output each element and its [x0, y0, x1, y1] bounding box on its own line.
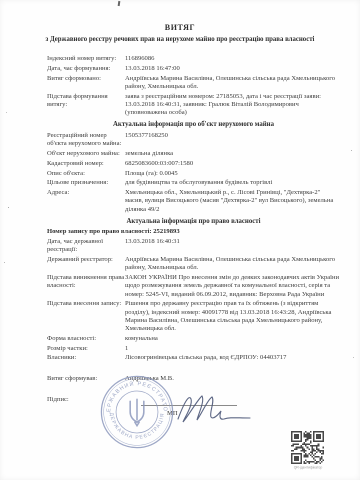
field-value: комунальна	[125, 335, 340, 343]
field-label: Цільове призначення:	[47, 179, 125, 187]
field-label: Кадастровий номер:	[47, 160, 125, 168]
field-value: заява з реєстраційним номером: 27185053,…	[125, 93, 340, 118]
field-row: Об'єкт нерухомого майна: земельна ділянк…	[47, 150, 340, 158]
field-value: ЗАКОН УКРАЇНИ Про внесення змін до деяки…	[125, 274, 340, 299]
field-row: Кадастровий номер: 6825083600:03:007:158…	[47, 160, 340, 168]
field-row: Дата, час формування: 13.03.2018 16:47:0…	[47, 65, 340, 73]
field-row: Індексний номер витягу: 116896086	[47, 55, 340, 63]
formed-by-row: Витяг сформував: Андріївська М.В.	[47, 375, 340, 383]
field-row: Цільове призначення: для будівництва та …	[47, 179, 340, 187]
field-value: земельна ділянка	[125, 150, 340, 158]
field-label: Підстава внесення запису:	[47, 300, 125, 333]
field-value: Лісовогринівецька сільська рада, код ЄДР…	[125, 354, 340, 362]
field-value: Андріївська М.В.	[125, 375, 340, 383]
field-label: Підстава виникнення права власності:	[47, 274, 125, 299]
field-label: Дата, час формування:	[47, 65, 125, 73]
field-row: Адреса: Хмельницька обл., Хмельницький р…	[47, 189, 340, 214]
document-body: Індексний номер витягу: 116896086 Дата, …	[47, 55, 340, 420]
field-value: Андріївська Марина Василівна, Олешинська…	[125, 256, 340, 272]
field-label: Опис об'єкта:	[47, 170, 125, 178]
field-label: Витяг сформовано:	[47, 75, 125, 91]
ownership-record-number: Номер запису про право власності: 252198…	[47, 228, 340, 236]
field-row: Власники: Лісовогринівецька сільська рад…	[47, 354, 340, 362]
field-label: Адреса:	[47, 189, 125, 214]
field-label: Розмір частки:	[47, 345, 125, 353]
field-value: 1505377168250	[125, 132, 340, 148]
field-row: Форма власності: комунальна	[47, 335, 340, 343]
field-value: 116896086	[125, 55, 340, 63]
document-page: ВИТЯГ з Державного реєстру речових прав …	[0, 0, 360, 480]
field-label: Власники:	[47, 354, 125, 362]
field-label: Реєстраційний номер об'єкта нерухомого м…	[47, 132, 125, 148]
field-row: Розмір частки: 1	[47, 345, 340, 353]
field-label: Форма власності:	[47, 335, 125, 343]
handwritten-signature	[174, 389, 254, 429]
field-label: Індексний номер витягу:	[47, 55, 125, 63]
section-heading-ownership: Актуальна інформація про право власності	[47, 218, 340, 226]
field-value: Площа (га): 0.0045	[125, 170, 340, 178]
field-value: Хмельницька обл., Хмельницький р., с. Лі…	[125, 189, 340, 214]
field-value: 6825083600:03:007:1580	[125, 160, 340, 168]
document-title: ВИТЯГ	[0, 24, 360, 32]
field-value: для будівництва та обслуговування будіве…	[125, 179, 340, 187]
field-row: Дата, час державної реєстрації: 13.03.20…	[47, 238, 340, 254]
field-row: Витяг сформовано: Андріївська Марина Вас…	[47, 75, 340, 91]
field-value: Андріївська Марина Василівна, Олешинська…	[125, 75, 340, 91]
qr-caption: QR-ідентифікатор	[288, 466, 327, 469]
field-row: Реєстраційний номер об'єкта нерухомого м…	[47, 132, 340, 148]
qr-code	[291, 431, 324, 464]
document-subtitle: з Державного реєстру речових прав на нер…	[20, 36, 340, 44]
field-label: Об'єкт нерухомого майна:	[47, 150, 125, 158]
field-label: Дата, час державної реєстрації:	[47, 238, 125, 254]
field-value: 13.03.2018 16:47:00	[125, 65, 340, 73]
field-value: 1	[125, 345, 340, 353]
field-label: Підстава формування витягу:	[47, 93, 125, 118]
field-row: Підстава внесення запису: Рішення про де…	[47, 300, 340, 333]
section-heading-object: Актуальна інформація про об'єкт нерухомо…	[47, 121, 340, 129]
field-label: Державний реєстратор:	[47, 256, 125, 272]
field-row: Державний реєстратор: Андріївська Марина…	[47, 256, 340, 272]
field-value: 13.03.2018 16:40:31	[125, 238, 340, 254]
field-row: Опис об'єкта: Площа (га): 0.0045	[47, 170, 340, 178]
field-value: Рішення про державну реєстрацію прав та …	[125, 300, 340, 333]
field-label: Підпис:	[47, 396, 125, 418]
field-label: Витяг сформував:	[47, 375, 125, 383]
field-row: Підстава виникнення права власності: ЗАК…	[47, 274, 340, 299]
field-row: Підстава формування витягу: заява з реєс…	[47, 93, 340, 118]
